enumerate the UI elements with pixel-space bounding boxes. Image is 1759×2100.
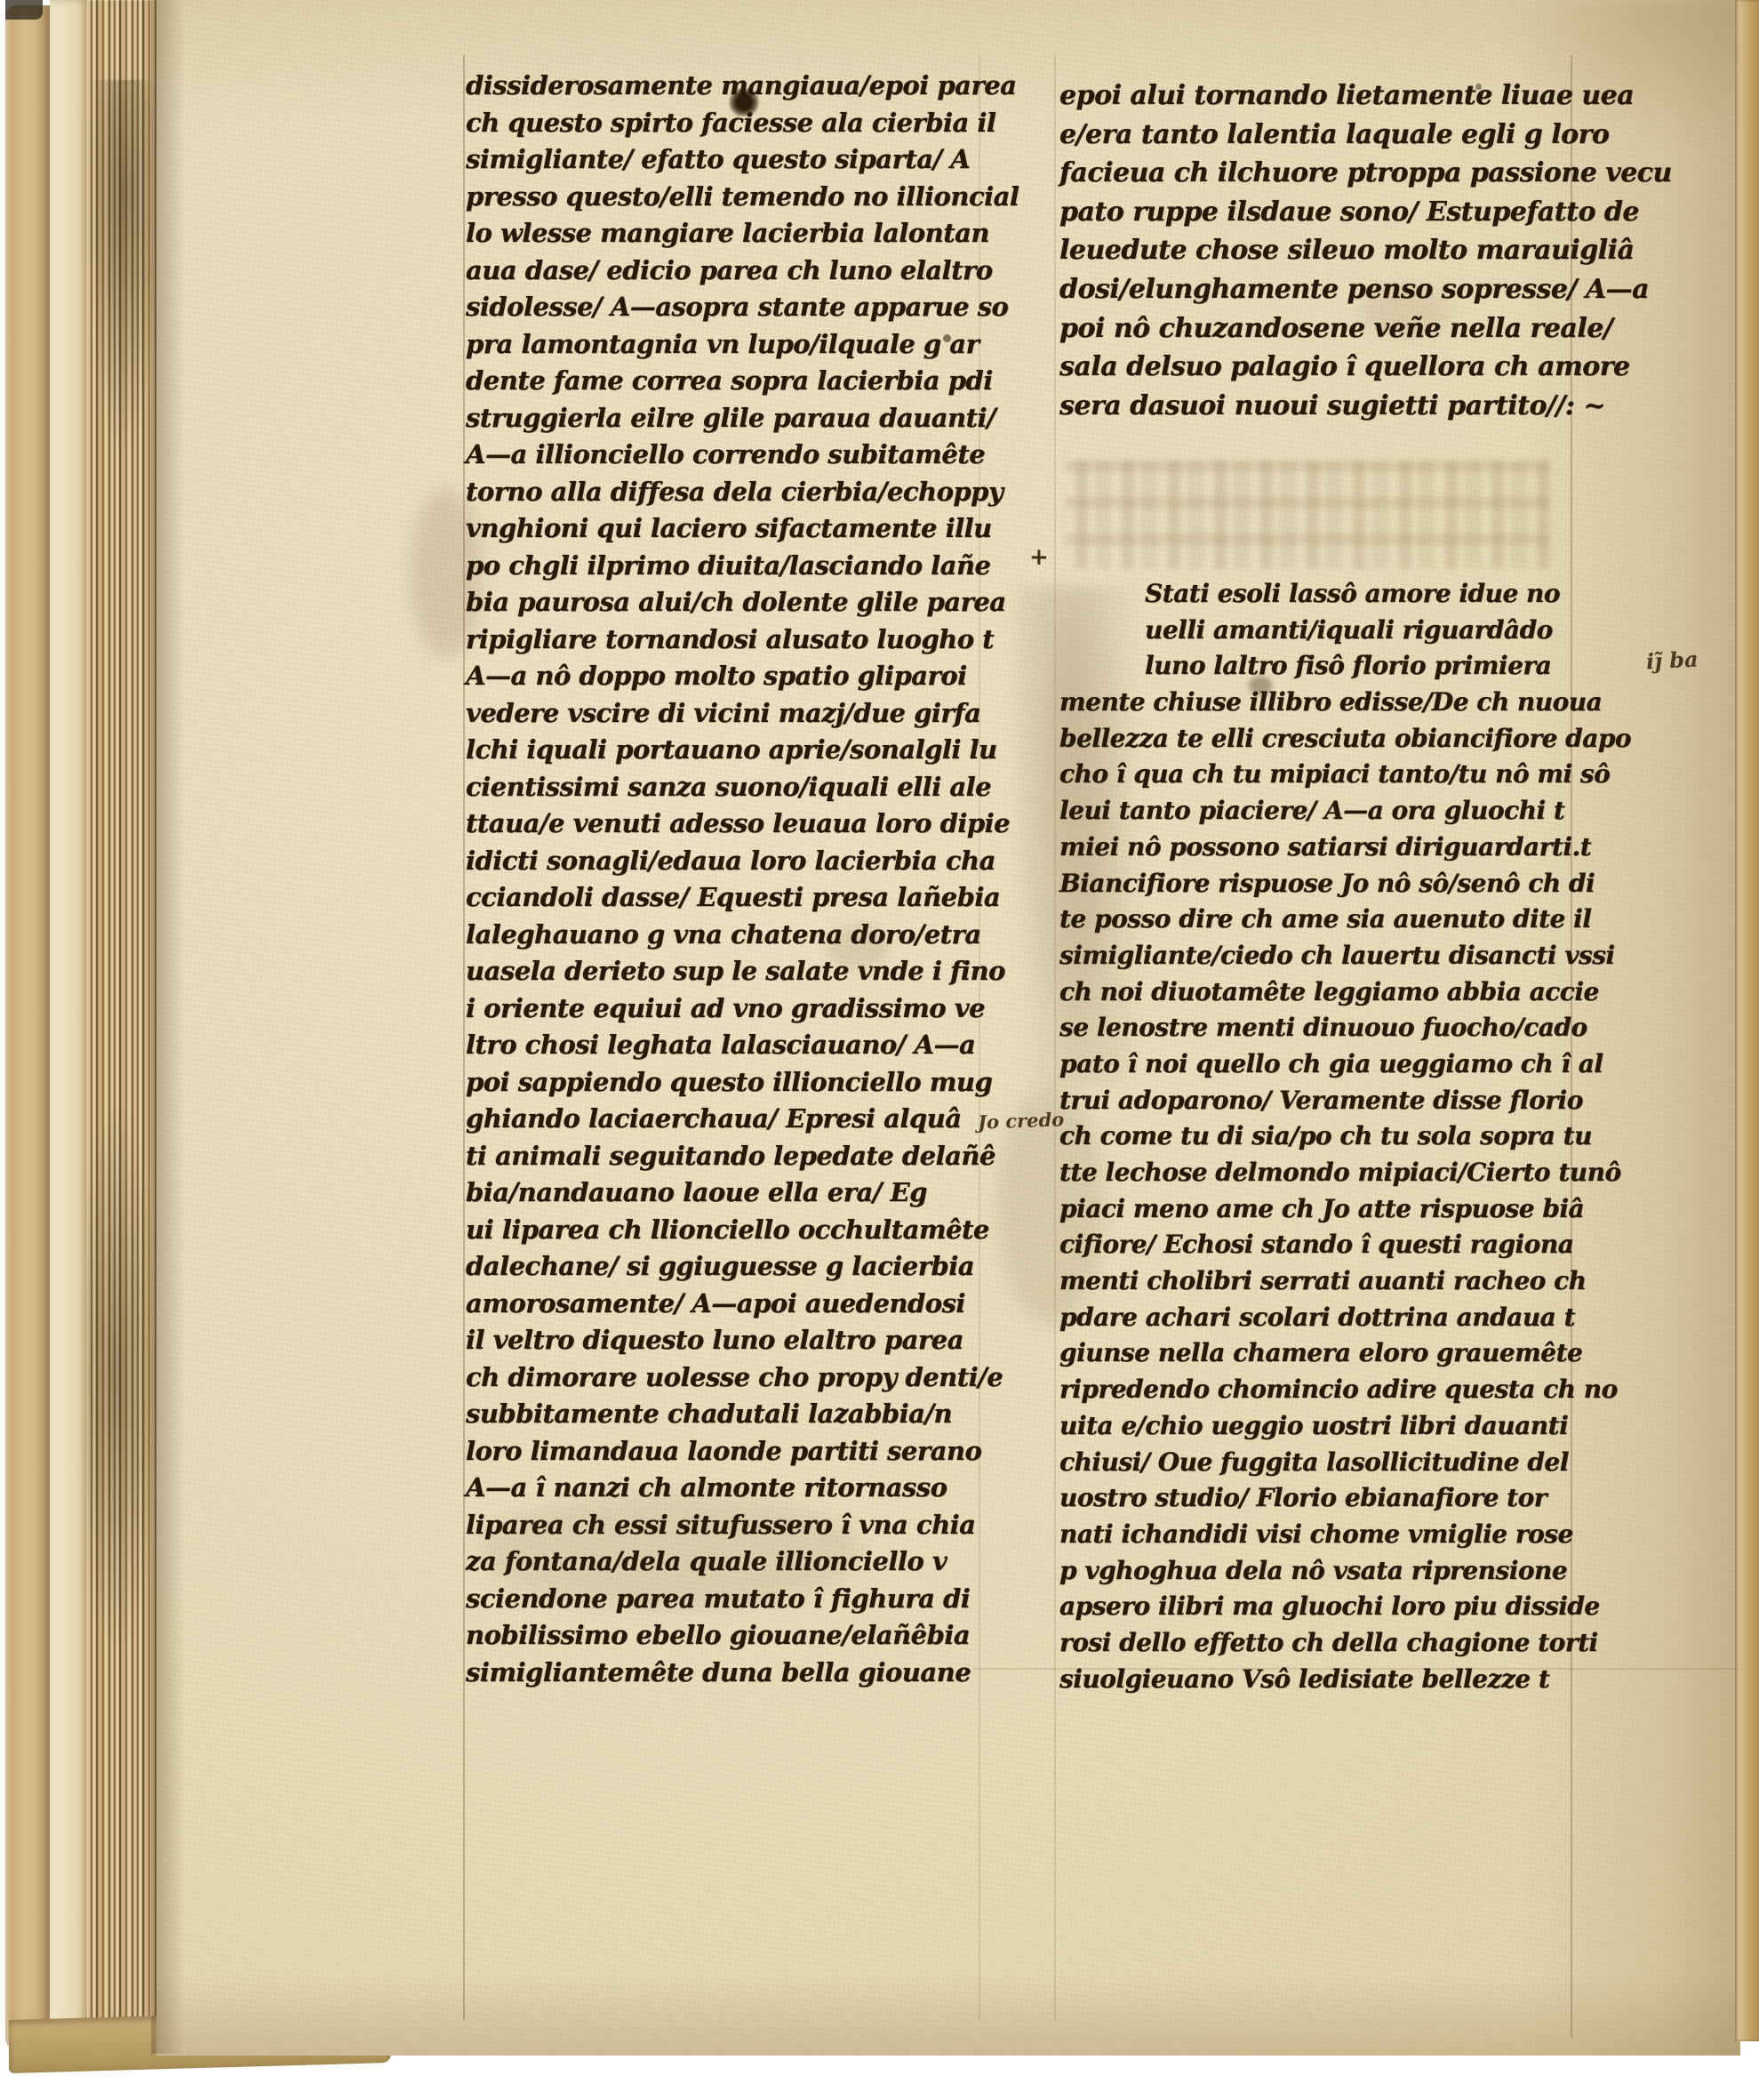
manuscript-text-line: lo wlesse mangiare lacierbia lalontan [466,215,979,252]
manuscript-text-line: uita e/chio ueggio uostri libri dauanti [1059,1408,1593,1445]
manuscript-text-line: aua dase/ edicio parea ch luno elaltro [466,252,979,290]
manuscript-text-line: mente chiuse illibro edisse/De ch nuoua [1059,685,1593,721]
manuscript-text-line: piaci meno ame ch Jo atte rispuose biâ [1059,1191,1593,1228]
manuscript-text-line: A—a nô doppo molto spatio gliparoi [466,658,979,695]
manuscript-text-line: uasela derieto sup le salate vnde i fino [466,953,979,990]
cover-leaf-edge [5,5,50,2050]
manuscript-text-line: ltro chosi leghata lalasciauano/ A—a [466,1027,979,1064]
manuscript-text-line: e/era tanto lalentia laquale egli g loro [1059,116,1593,155]
margin-note-right: ij̃ ba [1645,645,1699,674]
manuscript-text-line: po chgli ilprimo diuita/lasciando lañe [466,548,979,585]
manuscript-text-line: ui liparea ch llionciello occhultamête [466,1212,979,1249]
manuscript-text-line: amorosamente/ A—apoi auedendosi [466,1286,979,1323]
manuscript-text-line: bia/nandauano laoue ella era/ Eg [466,1174,979,1212]
manuscript-text-line: ch questo spirto faciesse ala cierbia il [466,105,979,142]
manuscript-text-line: apsero ilibri ma gluochi loro piu dissid… [1059,1589,1593,1625]
manuscript-text-line: dalechane/ si ggiuguesse g lacierbia [466,1248,979,1286]
left-text-column: dissiderosamente mangiaua/epoi pareach q… [466,68,979,1691]
manuscript-text-line: poi sappiendo questo illionciello mug [466,1064,979,1102]
manuscript-text-line: ripredendo chomincio adire questa ch no [1059,1372,1593,1408]
gutter-shadow [151,0,185,2054]
right-text-column-paragraph-2: Stati esoli lassô amore idue nouelli ama… [1059,576,1593,1697]
manuscript-text-line: nati ichandidi visi chome vmiglie rose [1059,1517,1593,1553]
manuscript-text-line: pato î noi quello ch gia ueggiamo ch î a… [1059,1046,1593,1083]
right-text-column-paragraph-1: epoi alui tornando lietamente liuae ueae… [1059,76,1593,425]
manuscript-text-line: ti animali seguitando lepedate delañê [466,1138,979,1175]
manuscript-text-line: luno laltro fisô florio primiera [1059,648,1593,685]
manuscript-text-line: poi nô chuzandosene veñe nella reale/ [1059,309,1593,349]
manuscript-text-line: chiusi/ Oue fuggita lasollicitudine del [1059,1445,1593,1481]
leaf-stack-shadow-mid [87,1111,160,1645]
page-right-edge [1735,0,1759,2041]
manuscript-text-line: te posso dire ch ame sia auenuto dite il [1059,902,1593,938]
manuscript-text-line: A—a î nanzi ch almonte ritornasso [466,1470,979,1507]
manuscript-text-line: vedere vscire di vicini mazj/due girfa [466,695,979,733]
manuscript-text-line: presso questo/elli temendo no illioncial [466,179,979,216]
ruling-line-left-column-left [463,55,465,2020]
manuscript-text-line: siuolgieuano Vsô ledisiate bellezze t [1059,1662,1593,1698]
manuscript-text-line: subbitamente chadutali lazabbia/n [466,1396,979,1433]
manuscript-text-line: za fontana/dela quale illionciello v [466,1543,979,1581]
manuscript-text-line: A—a illionciello correndo subitamête [466,437,979,474]
manuscript-text-line: ch come tu di sia/po ch tu sola sopra tu [1059,1118,1593,1155]
inner-leaf-edge [50,0,87,2058]
manuscript-text-line: pato ruppe ilsdaue sono/ Estupefatto de [1059,193,1593,232]
book-binding [5,0,156,2072]
bleedthrough-ghost-text [1065,461,1549,569]
manuscript-text-line: sala delsuo palagio î quellora ch amore [1059,348,1593,387]
leaf-stack-shadow-top [87,80,160,453]
manuscript-text-line: epoi alui tornando lietamente liuae uea [1059,76,1593,116]
manuscript-text-line: menti cholibri serrati auanti racheo ch [1059,1263,1593,1300]
manuscript-text-line: uostro studio/ Florio ebianafiore tor [1059,1480,1593,1517]
manuscript-text-line: dosi/elunghamente penso sopresse/ A—a [1059,270,1593,309]
manuscript-text-line: rosi dello effetto ch della chagione tor… [1059,1625,1593,1662]
manuscript-text-line: giunse nella chamera eloro grauemête [1059,1335,1593,1372]
manuscript-text-line: cientissimi sanza suono/iquali elli ale [466,769,979,806]
manuscript-text-line: cifiore/ Echosi stando î questi ragiona [1059,1227,1593,1263]
manuscript-text-line: pra lamontagnia vn lupo/ilquale g ar [466,326,979,364]
manuscript-text-line: loro limandaua laonde partiti serano [466,1433,979,1471]
manuscript-text-line: cho î qua ch tu mipiaci tanto/tu nô mi s… [1059,757,1593,793]
margin-note-jo-credo: Jo credo [978,1108,1065,1133]
manuscript-text-line: leui tanto piaciere/ A—a ora gluochi t [1059,793,1593,830]
manuscript-text-line: liparea ch essi situfussero î vna chia [466,1507,979,1544]
manuscript-text-line: Biancifiore rispuose Jo nô sô/senô ch di [1059,866,1593,902]
manuscript-text-line: cciandoli dasse/ Equesti presa lañebia [466,879,979,917]
manuscript-text-line: vnghioni qui laciero sifactamente illu [466,510,979,548]
manuscript-text-line: laleghauano g vna chatena doro/etra [466,917,979,954]
scan-corner-mark [5,0,43,20]
manuscript-text-line: simigliante/ efatto questo siparta/ A [466,141,979,179]
manuscript-text-line: tte lechose delmondo mipiaci/Cierto tunô [1059,1155,1593,1191]
manuscript-text-line: i oriente equiui ad vno gradissimo ve [466,990,979,1028]
manuscript-text-line: torno alla diffesa dela cierbia/echoppy [466,474,979,511]
manuscript-text-line: dente fame correa sopra lacierbia pdi [466,363,979,400]
manuscript-text-line: ghiando laciaerchaua/ Epresi alquâ [466,1101,979,1138]
manuscript-text-line: p vghoghua dela nô vsata riprensione [1059,1553,1593,1590]
manuscript-text-line: dissiderosamente mangiaua/epoi parea [466,68,979,105]
manuscript-text-line: simigliantemête duna bella giouane [466,1655,979,1692]
manuscript-text-line: sera dasuoi nuoui sugietti partito//: ~ [1059,387,1593,426]
manuscript-text-line: bia paurosa alui/ch dolente glile parea [466,584,979,621]
manuscript-text-line: uelli amanti/iquali riguardâdo [1059,613,1593,649]
manuscript-text-line: lchi iquali portauano aprie/sonalgli lu [466,732,979,769]
manuscript-text-line: ttaua/e venuti adesso leuaua loro dipie [466,806,979,843]
manuscript-text-line: nobilissimo ebello giouane/elañêbia [466,1617,979,1655]
manuscript-text-line: simigliante/ciedo ch lauertu disancti vs… [1059,938,1593,974]
manuscript-text-line: sidolesse/ A—asopra stante apparue so [466,289,979,326]
manuscript-text-line: ripigliare tornandosi alusato luogho t [466,621,979,659]
manuscript-photo: dissiderosamente mangiaua/epoi pareach q… [0,0,1759,2100]
manuscript-text-line: miei nô possono satiarsi diriguardarti.t [1059,830,1593,866]
manuscript-text-line: pdare achari scolari dottrina andaua t [1059,1300,1593,1336]
manuscript-text-line: se lenostre menti dinuouo fuocho/cado [1059,1010,1593,1046]
manuscript-text-line: idicti sonagli/edaua loro lacierbia cha [466,843,979,880]
manuscript-text-line: sciendone parea mutato î fighura di [466,1581,979,1618]
manuscript-text-line: bellezza te elli cresciuta obiancifiore … [1059,721,1593,757]
paragraph-cross-mark: + [1029,544,1049,571]
manuscript-text-line: ch noi diuotamête leggiamo abbia accie [1059,974,1593,1011]
manuscript-text-line: struggierla eilre glile paraua dauanti/ [466,400,979,437]
manuscript-text-line: ch dimorare uolesse cho propy denti/e [466,1359,979,1397]
manuscript-text-line: il veltro diquesto luno elaltro parea [466,1322,979,1359]
manuscript-text-line: leuedute chose sileuo molto marauigliâ [1059,231,1593,270]
manuscript-text-line: facieua ch ilchuore ptroppa passione vec… [1059,154,1593,193]
manuscript-text-line: trui adoparono/ Veramente disse florio [1059,1083,1593,1119]
manuscript-text-line: Stati esoli lassô amore idue no [1059,576,1593,613]
